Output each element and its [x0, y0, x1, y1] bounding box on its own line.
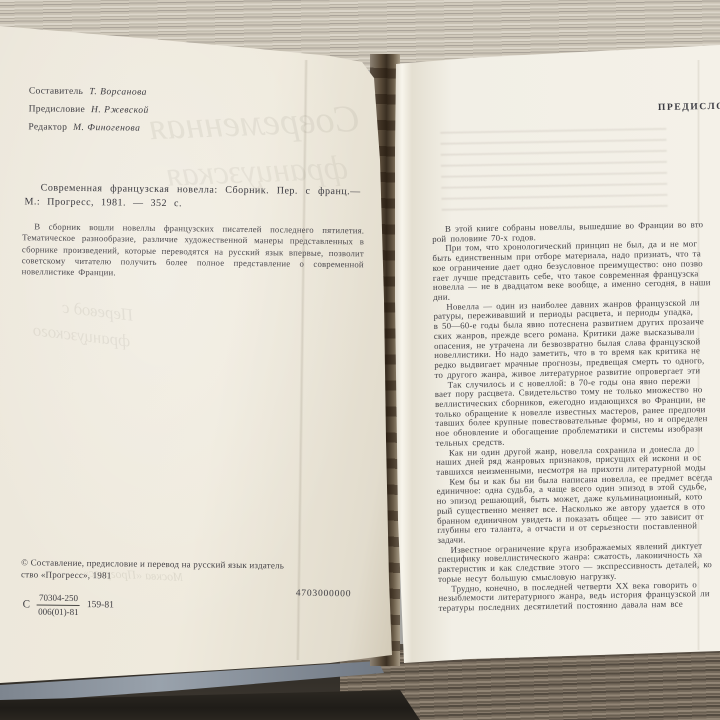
credit-role: Составитель [29, 86, 83, 97]
annotation-paragraph: В сборник вошли новеллы французских писа… [22, 221, 365, 282]
catalog-index-number: С 70304-250 006(01)-81 159-81 [22, 592, 114, 617]
show-through-subtitle-ghost: Перевод с французского [31, 291, 134, 354]
credit-row: РедакторМ. Финогенова [28, 118, 148, 137]
preface-heading: ПРЕДИСЛОВИЕ [658, 101, 720, 113]
right-page-content: ПРЕДИСЛОВИЕ В этой книге собраны новеллы… [428, 0, 720, 700]
show-through-title-ghost: Современная [148, 97, 361, 149]
catalog-letter: С [23, 598, 30, 610]
credit-name: М. Финогенова [73, 123, 140, 134]
credit-row: ПредисловиеН. Ржевской [29, 100, 149, 119]
copyright-notice: © Составление, предисловие и перевод на … [21, 556, 284, 583]
credit-row: СоставительТ. Ворсанова [29, 82, 149, 101]
catalog-denominator: 006(01)-81 [37, 605, 80, 617]
bibliographic-citation: Современная французская новелла: Сборник… [24, 181, 360, 212]
book-photo: { "colors": { "surface": "#a5a4a0", "pap… [0, 0, 720, 720]
show-through-text-lines [440, 128, 667, 216]
edition-credits: СоставительТ. Ворсанова ПредисловиеН. Рж… [28, 82, 149, 137]
credit-name: Н. Ржевской [91, 105, 149, 116]
credit-role: Редактор [28, 122, 67, 132]
credit-role: Предисловие [29, 104, 86, 115]
catalog-fraction: 70304-250 006(01)-81 [37, 592, 80, 617]
preface-body: В этой книге собраны новеллы, вышедшие в… [432, 219, 720, 613]
left-page-content: Современная французская Перевод с францу… [0, 0, 400, 705]
catalog-numerator: 70304-250 [37, 592, 80, 605]
credit-name: Т. Ворсанова [89, 87, 147, 98]
catalog-suffix: 159-81 [87, 600, 114, 610]
isbn-order-code: 4703000000 [296, 589, 352, 600]
